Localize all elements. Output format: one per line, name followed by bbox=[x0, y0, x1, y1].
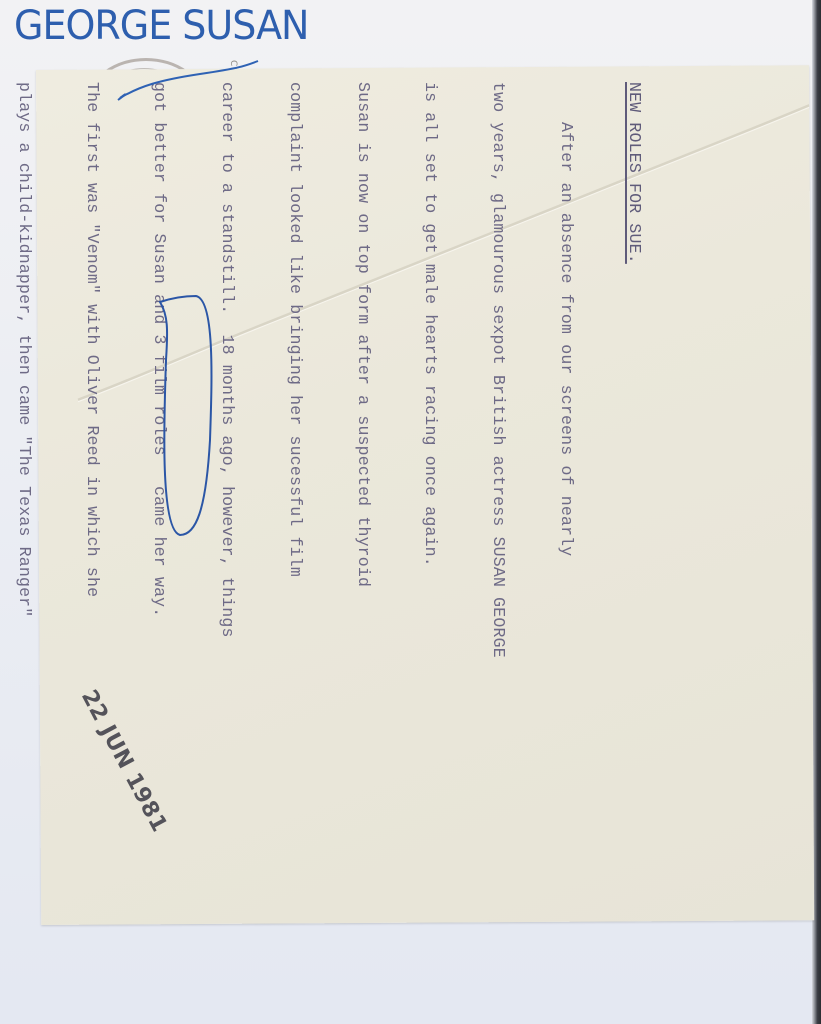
article-line: plays a child-kidnapper, then came "The … bbox=[12, 82, 35, 658]
typed-article: NEW ROLES FOR SUE. After an absence from… bbox=[0, 82, 690, 658]
article-line: The first was "Venom" with Oliver Reed i… bbox=[80, 82, 103, 658]
article-line: Susan is now on top form after a suspect… bbox=[351, 82, 374, 658]
article-line: complaint looked like bringing her suces… bbox=[283, 82, 306, 658]
article-line: After an absence from our screens of nea… bbox=[554, 82, 577, 658]
article-line: is all set to get male hearts racing onc… bbox=[419, 82, 442, 658]
handwritten-name-label: GEORGE SUSAN bbox=[14, 2, 309, 48]
article-line: got better for Susan and 3 film roles ca… bbox=[148, 82, 171, 658]
article-title: NEW ROLES FOR SUE. bbox=[622, 82, 645, 658]
article-line: two years, glamourous sexpot British act… bbox=[487, 82, 510, 658]
article-line: career to a standstill. 18 months ago, h… bbox=[216, 82, 239, 658]
